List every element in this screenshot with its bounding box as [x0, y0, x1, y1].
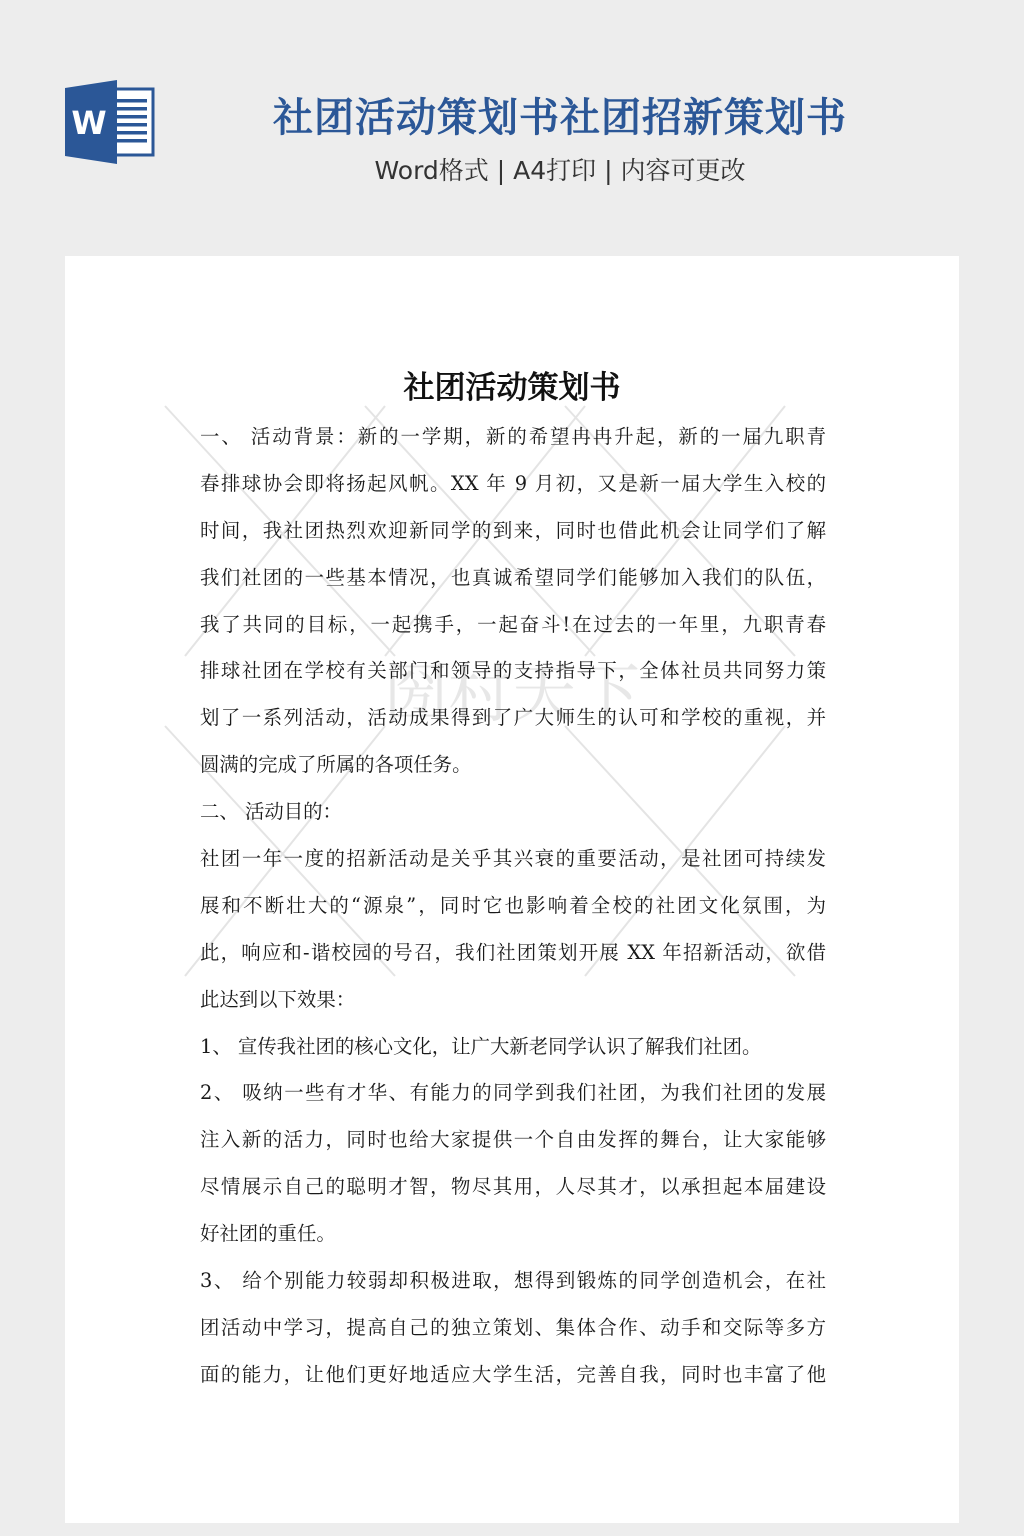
document-line: 我们社团的一些基本情况，也真诚希望同学们能够加入我们的队伍，	[200, 555, 826, 602]
header-subtitle: Word格式 | A4打印 | 内容可更改	[230, 153, 890, 189]
document-line: 此，响应和-谐校园的号召，我们社团策划开展 XX 年招新活动，欲借	[200, 930, 826, 977]
document-line: 划了一系列活动，活动成果得到了广大师生的认可和学校的重视，并	[200, 695, 826, 742]
header-title: 社团活动策划书社团招新策划书	[230, 92, 890, 144]
document-line: 我了共同的目标，一起携手，一起奋斗!在过去的一年里，九职青春	[200, 602, 826, 649]
header: W 社团活动策划书社团招新策划书 Word格式 | A4打印 | 内容可更改	[0, 0, 1024, 256]
document-line: 社团一年一度的招新活动是关乎其兴衰的重要活动，是社团可持续发	[200, 836, 826, 883]
document-line: 一、 活动背景：新的一学期，新的希望冉冉升起，新的一届九职青	[200, 414, 826, 461]
word-document-icon: W	[64, 80, 156, 164]
document-line: 1、 宣传我社团的核心文化，让广大新老同学认识了解我们社团。	[200, 1024, 826, 1071]
document-line: 排球社团在学校有关部门和领导的支持指导下，全体社员共同努力策	[200, 648, 826, 695]
document-line: 面的能力，让他们更好地适应大学生活，完善自我，同时也丰富了他	[200, 1352, 826, 1399]
document-line: 3、 给个别能力较弱却积极进取，想得到锻炼的同学创造机会，在社	[200, 1258, 826, 1305]
document-line: 团活动中学习，提高自己的独立策划、集体合作、动手和交际等多方	[200, 1305, 826, 1352]
document-line: 注入新的活力，同时也给大家提供一个自由发挥的舞台，让大家能够	[200, 1117, 826, 1164]
document-line: 时间，我社团热烈欢迎新同学的到来，同时也借此机会让同学们了解	[200, 508, 826, 555]
document-line: 2、 吸纳一些有才华、有能力的同学到我们社团，为我们社团的发展	[200, 1070, 826, 1117]
document-line: 展和不断壮大的“源泉”，同时它也影响着全校的社团文化氛围，为	[200, 883, 826, 930]
document-line: 此达到以下效果：	[200, 977, 826, 1024]
document-page: 圀村天下 社团活动策划书 一、 活动背景：新的一学期，新的希望冉冉升起，新的一届…	[65, 256, 959, 1523]
document-line: 尽情展示自己的聪明才智，物尽其用，人尽其才，以承担起本届建设	[200, 1164, 826, 1211]
document-line: 好社团的重任。	[200, 1211, 826, 1258]
document-line: 圆满的完成了所属的各项任务。	[200, 742, 826, 789]
document-body: 一、 活动背景：新的一学期，新的希望冉冉升起，新的一届九职青春排球协会即将扬起风…	[200, 414, 826, 1399]
svg-text:W: W	[71, 104, 106, 142]
document-line: 二、 活动目的：	[200, 789, 826, 836]
document-line: 春排球协会即将扬起风帆。XX 年 9 月初，又是新一届大学生入校的	[200, 461, 826, 508]
document-title: 社团活动策划书	[65, 366, 959, 410]
